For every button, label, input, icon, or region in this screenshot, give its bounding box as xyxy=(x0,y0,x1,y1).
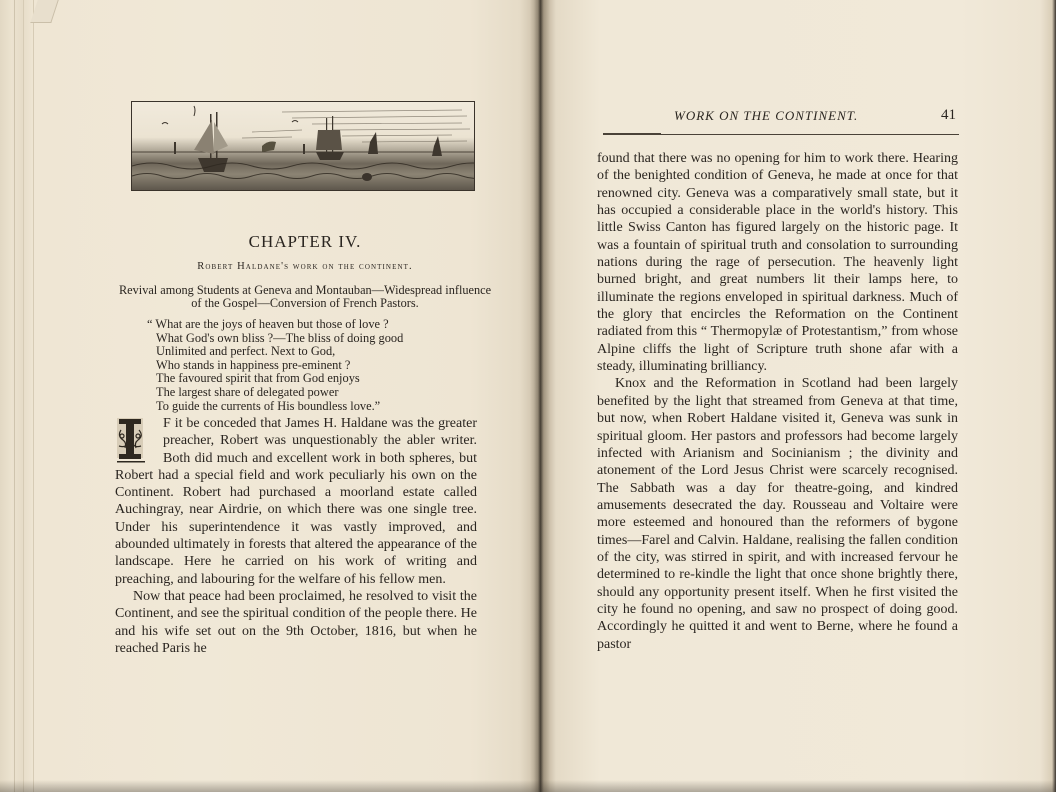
header-rule xyxy=(603,134,959,135)
chapter-heading: CHAPTER IV. xyxy=(120,232,490,252)
ornamental-drop-cap-icon xyxy=(115,416,157,464)
paragraph: Now that peace had been proclaimed, he r… xyxy=(115,588,477,657)
page-bottom-shadow xyxy=(0,780,1056,792)
book-gutter xyxy=(530,0,550,792)
chapter-synopsis: Revival among Students at Geneva and Mon… xyxy=(116,284,494,310)
epigraph-line: What God's own bliss ?—The bliss of doin… xyxy=(156,332,486,346)
epigraph-line: Unlimited and perfect. Next to God, xyxy=(156,345,486,359)
paragraph: Knox and the Reformation in Scotland had… xyxy=(597,375,958,653)
running-head: WORK ON THE CONTINENT. 41 xyxy=(604,108,956,128)
epigraph-poem: “ What are the joys of heaven but those … xyxy=(156,318,486,413)
epigraph-line: Who stands in happiness pre-eminent ? xyxy=(156,359,486,373)
chapter-subtitle: Robert Haldane's work on the continent. xyxy=(120,261,490,272)
book-spread: CHAPTER IV. Robert Haldane's work on the… xyxy=(0,0,1056,792)
ships-at-sea-engraving-icon xyxy=(131,101,475,191)
page-number: 41 xyxy=(941,107,956,124)
epigraph-line: The favoured spirit that from God enjoys xyxy=(156,372,486,386)
running-head-title: WORK ON THE CONTINENT. xyxy=(674,108,858,124)
left-page: CHAPTER IV. Robert Haldane's work on the… xyxy=(0,0,540,792)
right-body-text: found that there was no opening for him … xyxy=(597,150,958,653)
paragraph: found that there was no opening for him … xyxy=(597,150,958,375)
epigraph-line: The largest share of delegated power xyxy=(156,386,486,400)
page-edge-lines xyxy=(14,0,75,792)
epigraph-line: To guide the currents of His boundless l… xyxy=(156,400,486,414)
epigraph-line: “ What are the joys of heaven but those … xyxy=(156,318,486,332)
left-body-text: F it be conceded that James H. Haldane w… xyxy=(115,415,477,657)
paragraph: F it be conceded that James H. Haldane w… xyxy=(115,415,477,588)
